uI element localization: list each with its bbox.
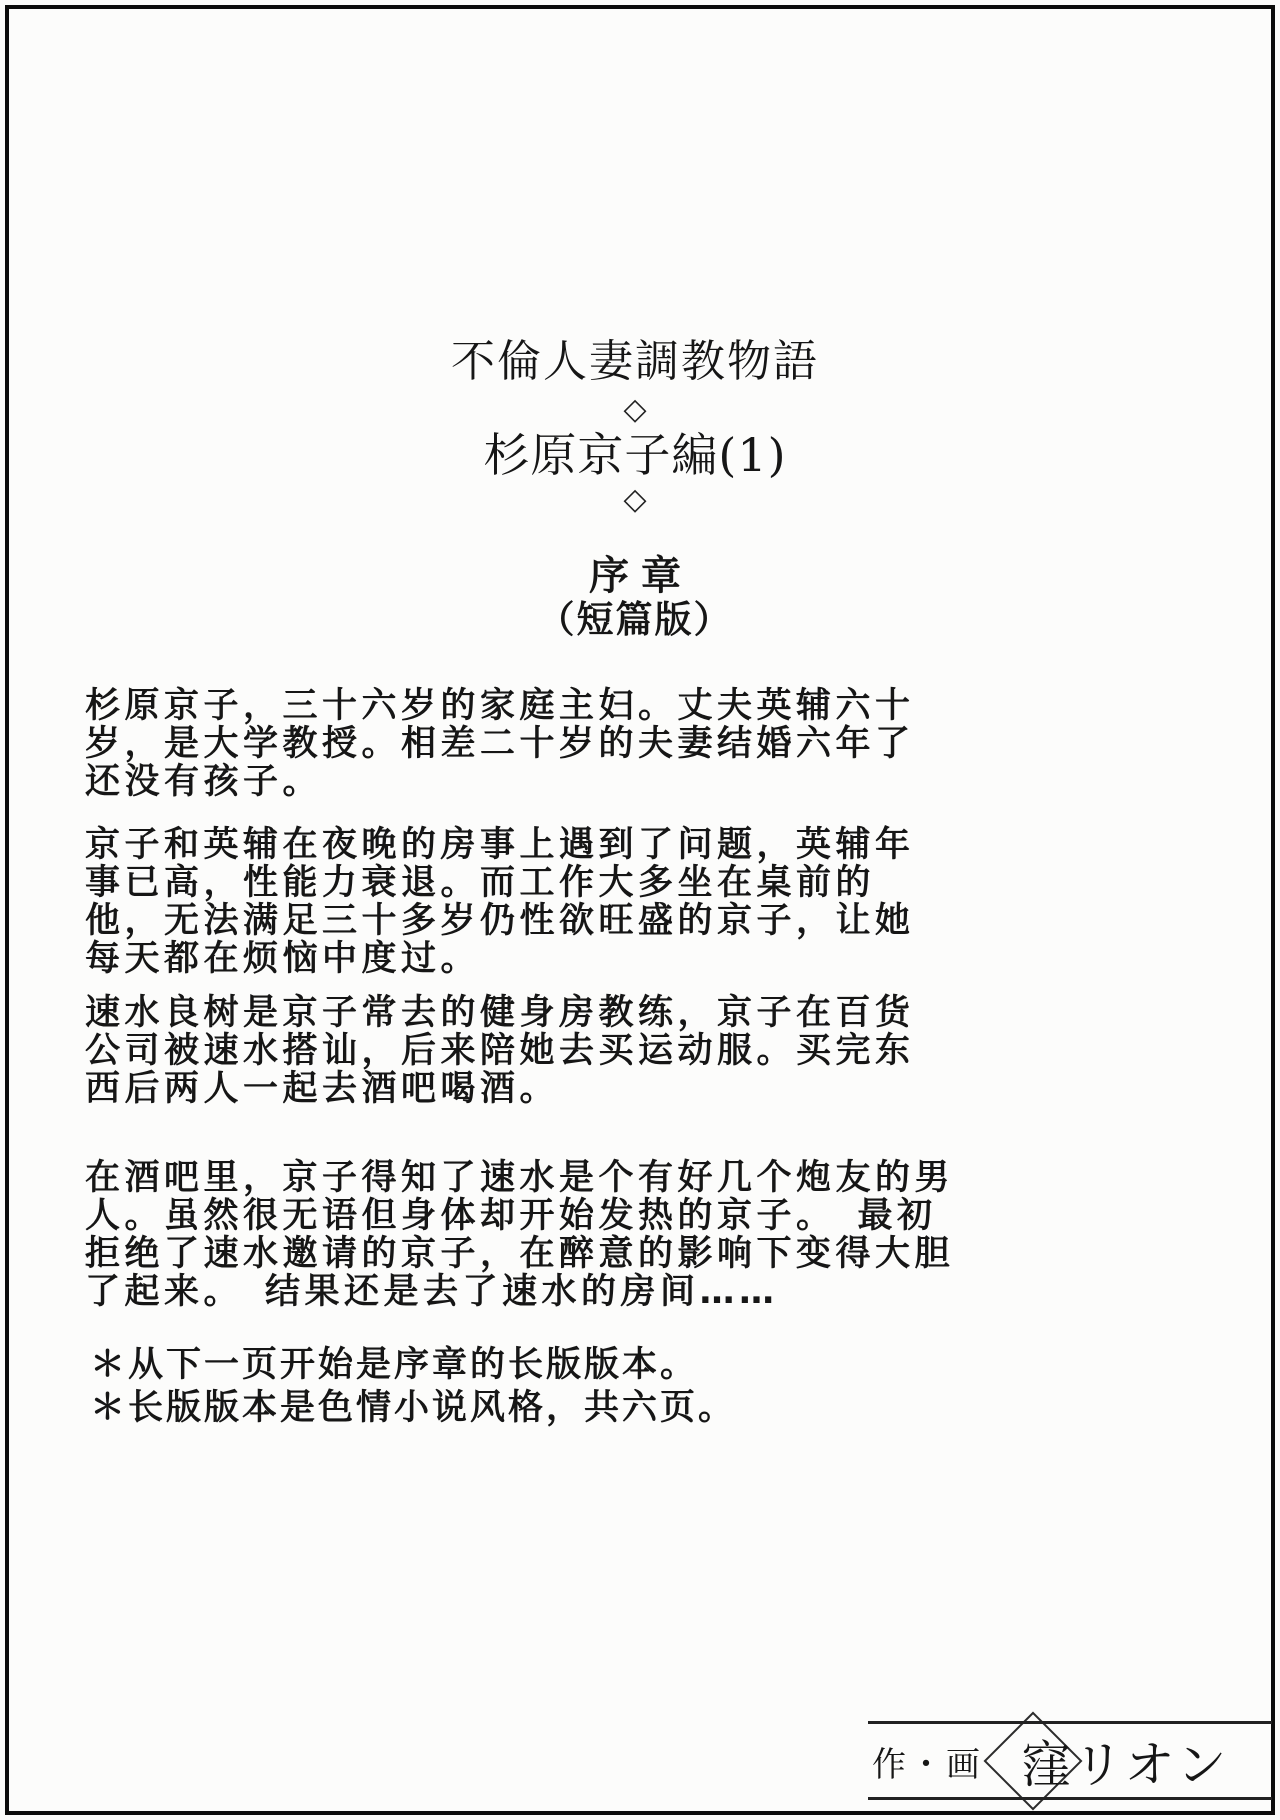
scan-page: 不倫人妻調教物語 ◇ 杉原京子編(1) ◇ 序章 （短篇版） 杉原京子，三十六岁… <box>0 0 1280 1820</box>
synopsis-paragraph-4: 在酒吧里，京子得知了速水是个有好几个炮友的男 人。虽然很无语但身体却开始发热的京… <box>85 1159 1185 1311</box>
text-line: 事已高，性能力衰退。而工作大多坐在桌前的 <box>85 864 1185 902</box>
text-line: 他，无法满足三十多岁仍性欲旺盛的京子，让她 <box>85 902 1185 940</box>
synopsis-paragraph-2: 京子和英辅在夜晚的房事上遇到了问题，英辅年 事已高，性能力衰退。而工作大多坐在桌… <box>85 826 1185 978</box>
footnote-line: ＊长版版本是色情小说风格，共六页。 <box>90 1387 736 1430</box>
synopsis-paragraph-3: 速水良树是京子常去的健身房教练，京子在百货 公司被速水搭讪，后来陪她去买运动服。… <box>85 994 1185 1108</box>
footnote-line: ＊从下一页开始是序章的长版版本。 <box>90 1344 736 1387</box>
text-line: 西后两人一起去酒吧喝酒。 <box>85 1070 1185 1108</box>
text-line: 还没有孩子。 <box>85 763 1185 801</box>
chapter-title: 序章 <box>0 556 1270 596</box>
synopsis-paragraph-1: 杉原京子，三十六岁的家庭主妇。丈夫英辅六十 岁，是大学教授。相差二十岁的夫妻结婚… <box>85 687 1185 801</box>
credit-role: 作・画 <box>872 1737 983 1786</box>
credit-artist-name: 窪リオン <box>1021 1725 1229 1797</box>
chapter-subtitle: （短篇版） <box>0 600 1270 640</box>
diamond-divider-icon: ◇ <box>0 486 1270 514</box>
title-block: 不倫人妻調教物語 ◇ 杉原京子編(1) ◇ 序章 （短篇版） <box>0 338 1270 640</box>
series-title: 不倫人妻調教物語 <box>0 338 1270 386</box>
text-line: 人。虽然很无语但身体却开始发热的京子。 最初 <box>85 1197 1185 1235</box>
text-line: 速水良树是京子常去的健身房教练，京子在百货 <box>85 994 1185 1032</box>
text-line: 了起来。 结果还是去了速水的房间…… <box>85 1273 1185 1311</box>
text-line: 公司被速水搭讪，后来陪她去买运动服。买完东 <box>85 1032 1185 1070</box>
footnotes: ＊从下一页开始是序章的长版版本。 ＊长版版本是色情小说风格，共六页。 <box>90 1344 736 1430</box>
text-line: 在酒吧里，京子得知了速水是个有好几个炮友的男 <box>85 1159 1185 1197</box>
text-line: 岁，是大学教授。相差二十岁的夫妻结婚六年了 <box>85 725 1185 763</box>
episode-title: 杉原京子編(1) <box>0 428 1270 482</box>
text-line: 每天都在烦恼中度过。 <box>85 940 1185 978</box>
text-line: 京子和英辅在夜晚的房事上遇到了问题，英辅年 <box>85 826 1185 864</box>
diamond-divider-icon: ◇ <box>0 396 1270 424</box>
text-line: 杉原京子，三十六岁的家庭主妇。丈夫英辅六十 <box>85 687 1185 725</box>
text-line: 拒绝了速水邀请的京子，在醉意的影响下变得大胆 <box>85 1235 1185 1273</box>
credit-line: 作・画 窪リオン <box>872 1724 1272 1798</box>
